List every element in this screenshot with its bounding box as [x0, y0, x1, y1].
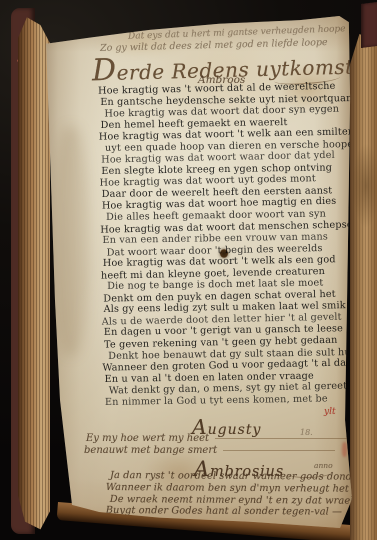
manuscript-page: Dat eys dat u hert mi gantse verheugden …	[36, 16, 352, 530]
red-smudge	[342, 442, 347, 457]
margin-note: anno	[314, 461, 333, 470]
poem-body: Hoe kragtig was 't woort dat al de weere…	[100, 81, 361, 408]
couplet-text: Ey my hoe wert my heet	[86, 433, 209, 444]
book-photo: Dat eys dat u hert mi gantse verheugden …	[0, 0, 377, 540]
ink-rule	[223, 450, 335, 451]
handwritten-line: Ey my hoe wert my heet	[86, 433, 355, 444]
closing-stanza: Ja dan ryst 't oordeel swaar wanneer god…	[110, 470, 377, 519]
right-fore-edge	[350, 34, 377, 540]
red-ink-word: ylt	[324, 407, 336, 417]
couplet-text: benauwt met bange smert	[84, 445, 217, 456]
left-page-edges	[18, 12, 50, 532]
ink-rule	[215, 438, 355, 439]
spine-shadow	[54, 126, 88, 356]
handwritten-line: benauwt met bange smert	[84, 445, 335, 456]
right-cover-sliver	[361, 2, 377, 48]
